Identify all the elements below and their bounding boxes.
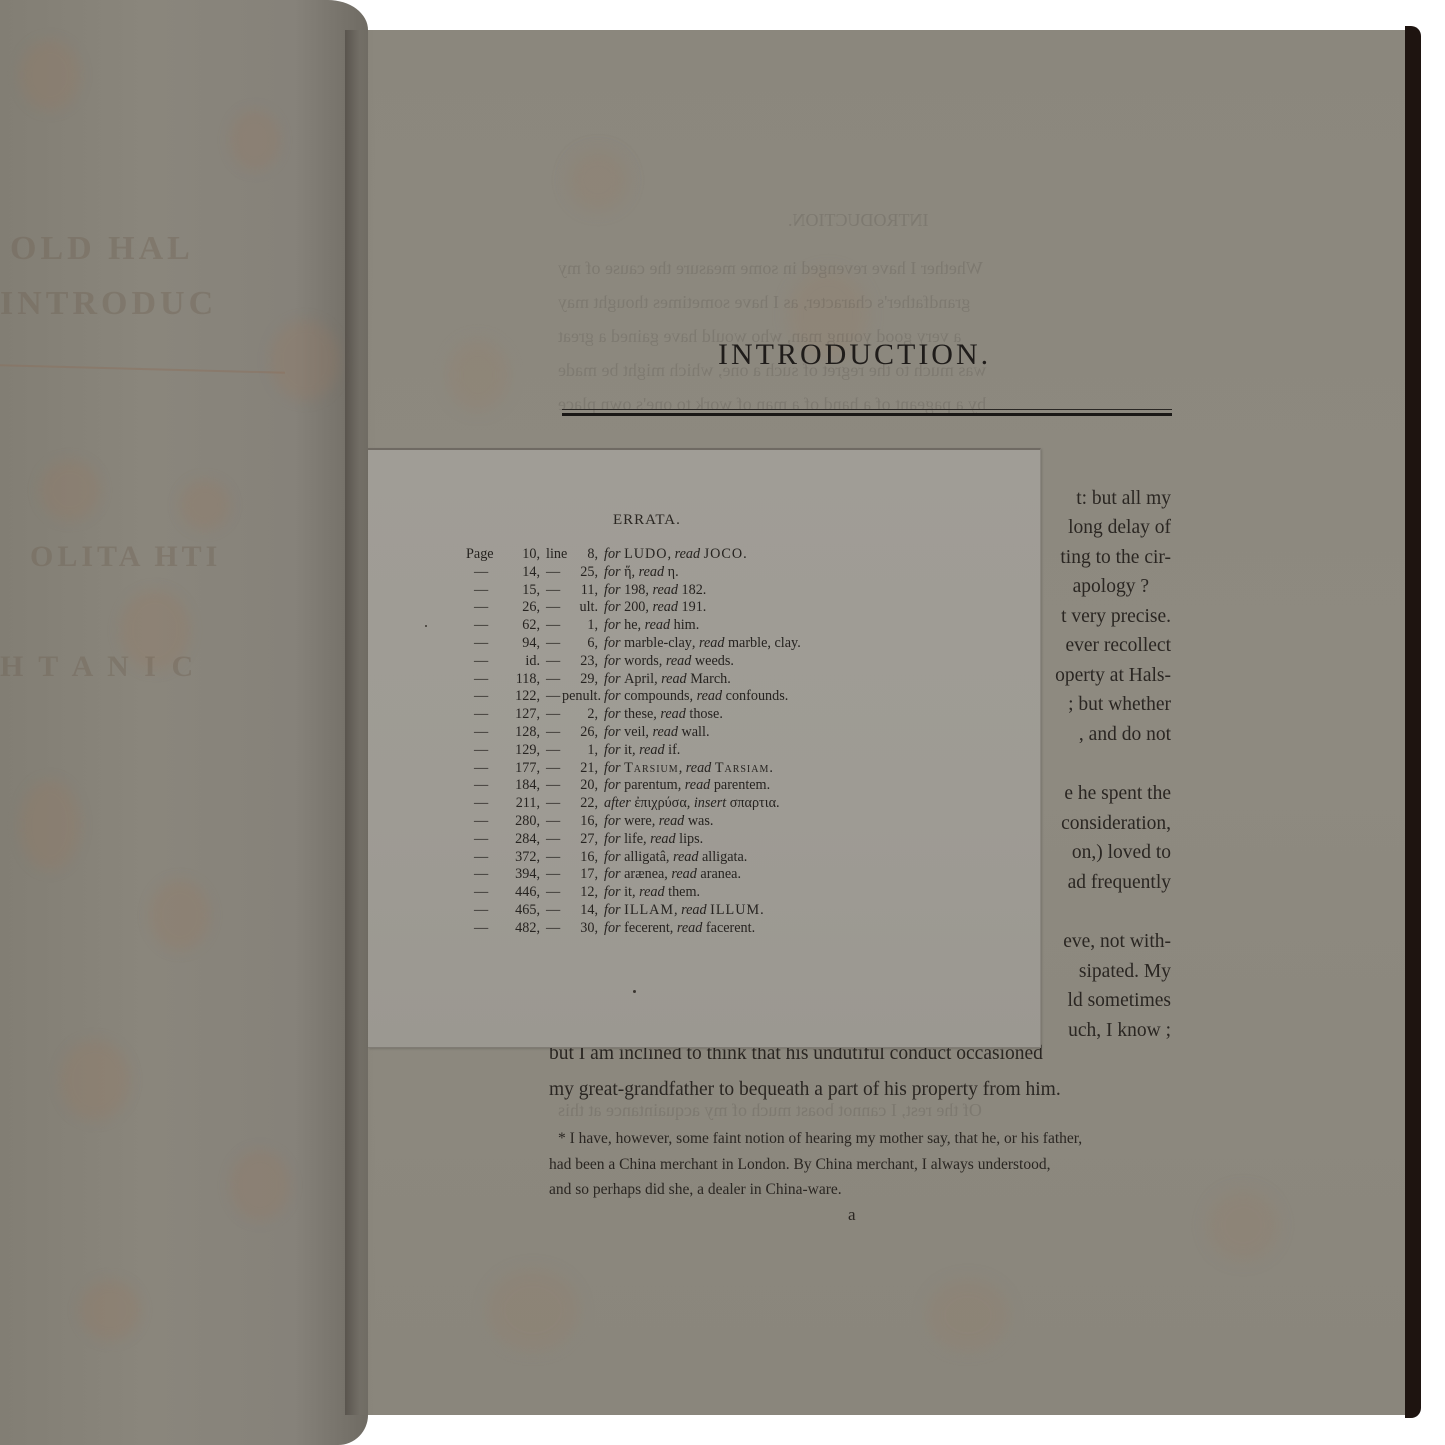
errata-page-number: 118, — [502, 671, 540, 688]
errata-line-number: 23, — [562, 653, 598, 670]
bleed-through-text: H T A N I C — [0, 650, 197, 684]
errata-correction: for it, read if. — [604, 742, 680, 759]
errata-correction: for parentum, read parentem. — [604, 777, 770, 794]
page-title: INTRODUCTION. — [718, 338, 991, 372]
body-line-fragment: ever recollect — [1065, 635, 1171, 657]
body-line-fragment: on,) loved to — [1072, 842, 1171, 864]
body-line-fragment: ting to the cir- — [1060, 547, 1171, 569]
errata-line-number: 14, — [562, 902, 598, 919]
errata-correction: for compounds, read confounds. — [604, 688, 788, 705]
signature-mark: a — [848, 1205, 856, 1225]
body-line-fragment: ; but whether — [1068, 694, 1171, 716]
bleed-through-text: grandfather's character, as I have somet… — [558, 292, 970, 313]
errata-line-number: 26, — [562, 724, 598, 741]
errata-ditto: — — [546, 582, 560, 599]
errata-page-number: 26, — [502, 599, 540, 616]
errata-ditto: — — [546, 653, 560, 670]
errata-line-number: 22, — [562, 795, 598, 812]
book-cover-edge — [1405, 26, 1421, 1418]
foxing-stain — [20, 780, 80, 870]
errata-line-number: 1, — [562, 742, 598, 759]
errata-ditto: — — [546, 795, 560, 812]
foxing-stain — [230, 110, 280, 170]
body-line-fragment: sipated. My — [1079, 961, 1171, 983]
footnote-line: and so perhaps did she, a dealer in Chin… — [549, 1181, 842, 1199]
errata-line-number: 16, — [562, 813, 598, 830]
errata-line-number: 2, — [562, 706, 598, 723]
errata-correction: for alligatâ, read alligata. — [604, 849, 747, 866]
errata-line-number: 17, — [562, 866, 598, 883]
errata-ditto: — — [546, 831, 560, 848]
errata-ditto: — — [546, 849, 560, 866]
foxing-stain — [150, 880, 210, 950]
bleed-through-text: OLITA HTI — [30, 540, 221, 574]
errata-correction: for life, read lips. — [604, 831, 703, 848]
errata-line-number: 6, — [562, 635, 598, 652]
title-rule-thin — [562, 409, 1172, 410]
errata-page-number: 62, — [502, 617, 540, 634]
errata-page-number: 284, — [502, 831, 540, 848]
body-line-fragment: apology ? — [1073, 576, 1149, 598]
errata-line-number: 12, — [562, 884, 598, 901]
errata-correction: for 198, read 182. — [604, 582, 706, 599]
errata-correction: for ILLAM, read ILLUM. — [604, 902, 764, 919]
foxing-stain — [60, 1040, 130, 1120]
foxing-stain — [40, 460, 100, 520]
errata-page-number: 482, — [502, 920, 540, 937]
bleed-through-text: OLD HAL — [10, 230, 194, 268]
errata-correction: for ἥ, read η. — [604, 564, 679, 581]
errata-correction: for fecerent, read facerent. — [604, 920, 755, 937]
errata-correction: for marble-clay, read marble, clay. — [604, 635, 801, 652]
errata-line-number: 20, — [562, 777, 598, 794]
bleed-through-text: Of the rest, I cannot boast much of my a… — [558, 1100, 982, 1121]
errata-line-number: 27, — [562, 831, 598, 848]
body-line-fragment: t: but all my — [1076, 488, 1171, 510]
foxing-stain — [448, 340, 508, 410]
errata-ditto: — — [546, 671, 560, 688]
footnote-line: had been a China merchant in London. By … — [549, 1156, 1050, 1174]
errata-page-number: 465, — [502, 902, 540, 919]
body-line-fragment: operty at Hals- — [1055, 665, 1171, 687]
errata-line-number: 11, — [562, 582, 598, 599]
errata-ditto: — — [546, 564, 560, 581]
errata-ditto: — — [546, 742, 560, 759]
errata-page-number: 10, — [502, 546, 540, 563]
errata-ditto: — — [546, 724, 560, 741]
errata-page-number: 14, — [502, 564, 540, 581]
body-line-fragment: uch, I know ; — [1068, 1020, 1171, 1042]
left-page: OLD HAL INTRODUC OLITA HTI H T A N I C — [0, 0, 368, 1445]
body-line-fragment: e he spent the — [1064, 783, 1171, 805]
errata-title: ERRATA. — [613, 512, 681, 529]
footnote-line: * I have, however, some faint notion of … — [558, 1130, 1082, 1148]
errata-page-number: id. — [502, 653, 540, 670]
errata-line-number: 25, — [562, 564, 598, 581]
paper-speck — [633, 990, 636, 993]
body-line: my great-grandfather to bequeath a part … — [549, 1079, 1061, 1101]
errata-correction: for Tarsium, read Tarsiam. — [604, 760, 773, 777]
body-line-fragment: , and do not — [1079, 724, 1171, 746]
errata-ditto: — — [546, 635, 560, 652]
bleed-through-rule — [0, 364, 285, 373]
foxing-stain — [568, 150, 628, 210]
errata-line-number: 8, — [562, 546, 598, 563]
errata-line-number: 1, — [562, 617, 598, 634]
foxing-stain — [20, 40, 80, 110]
errata-ditto: — — [546, 813, 560, 830]
errata-ditto: — — [546, 884, 560, 901]
errata-ditto: — — [546, 920, 560, 937]
errata-line-number: ult. — [562, 599, 598, 616]
body-line-fragment: eve, not with- — [1063, 931, 1171, 953]
errata-ditto: — — [546, 866, 560, 883]
errata-line-number: 16, — [562, 849, 598, 866]
errata-line-number: 29, — [562, 671, 598, 688]
errata-correction: for were, read was. — [604, 813, 713, 830]
errata-page-number: 15, — [502, 582, 540, 599]
body-line-fragment: ld sometimes — [1068, 990, 1171, 1012]
errata-page-number: 280, — [502, 813, 540, 830]
errata-page-number: 128, — [502, 724, 540, 741]
errata-correction: for April, read March. — [604, 671, 731, 688]
errata-page-number: 122, — [502, 688, 540, 705]
errata-ditto: — — [546, 760, 560, 777]
errata-correction: for words, read weeds. — [604, 653, 734, 670]
bleed-through-text: by a pageant of a hand of a man of work … — [558, 394, 986, 415]
bleed-through-header: INTRODUCTION. — [788, 210, 928, 231]
paper-speck — [425, 625, 427, 627]
errata-ditto: — — [546, 688, 560, 705]
bleed-through-text: INTRODUC — [0, 285, 217, 323]
errata-page-number: 446, — [502, 884, 540, 901]
errata-page-number: 129, — [502, 742, 540, 759]
errata-page-number: 372, — [502, 849, 540, 866]
errata-line-number: 30, — [562, 920, 598, 937]
errata-page-number: 184, — [502, 777, 540, 794]
errata-correction: for aræneа, read aranea. — [604, 866, 741, 883]
body-line-fragment: t very precise. — [1061, 606, 1171, 628]
foxing-stain — [180, 480, 230, 530]
errata-line-number: 21, — [562, 760, 598, 777]
foxing-stain — [230, 1150, 290, 1220]
body-line-fragment: consideration, — [1061, 813, 1171, 835]
errata-page-number: 94, — [502, 635, 540, 652]
errata-line-number: penult. — [562, 688, 598, 705]
errata-correction: for 200, read 191. — [604, 599, 706, 616]
body-line-fragment: ad frequently — [1068, 872, 1171, 894]
foxing-stain — [488, 1270, 578, 1350]
errata-correction: for LUDO, read JOCO. — [604, 546, 747, 563]
errata-correction: for veil, read wall. — [604, 724, 710, 741]
errata-ditto: — — [546, 617, 560, 634]
errata-ditto: — — [546, 599, 560, 616]
bleed-through-text: Whether I have revenged in some measure … — [558, 258, 983, 279]
foxing-stain — [80, 1280, 140, 1340]
errata-page-number: 177, — [502, 760, 540, 777]
foxing-stain — [270, 320, 340, 400]
body-line-fragment: long delay of — [1068, 517, 1171, 539]
errata-correction: for these, read those. — [604, 706, 723, 723]
errata-correction: after ἐπιχρύσα, insert σπαρτια. — [604, 795, 780, 812]
errata-page-number: 211, — [502, 795, 540, 812]
errata-ditto: — — [546, 777, 560, 794]
errata-page-number: 394, — [502, 866, 540, 883]
title-rule-thick — [562, 413, 1172, 416]
errata-ditto: — — [546, 706, 560, 723]
errata-page-number: 127, — [502, 706, 540, 723]
errata-slip: ERRATA. Pageline10,8,for LUDO, read JOCO… — [368, 448, 1041, 1048]
errata-ditto: — — [546, 902, 560, 919]
foxing-stain — [1208, 1190, 1278, 1260]
foxing-stain — [928, 1280, 1008, 1350]
errata-correction: for he, read him. — [604, 617, 699, 634]
errata-correction: for it, read them. — [604, 884, 700, 901]
